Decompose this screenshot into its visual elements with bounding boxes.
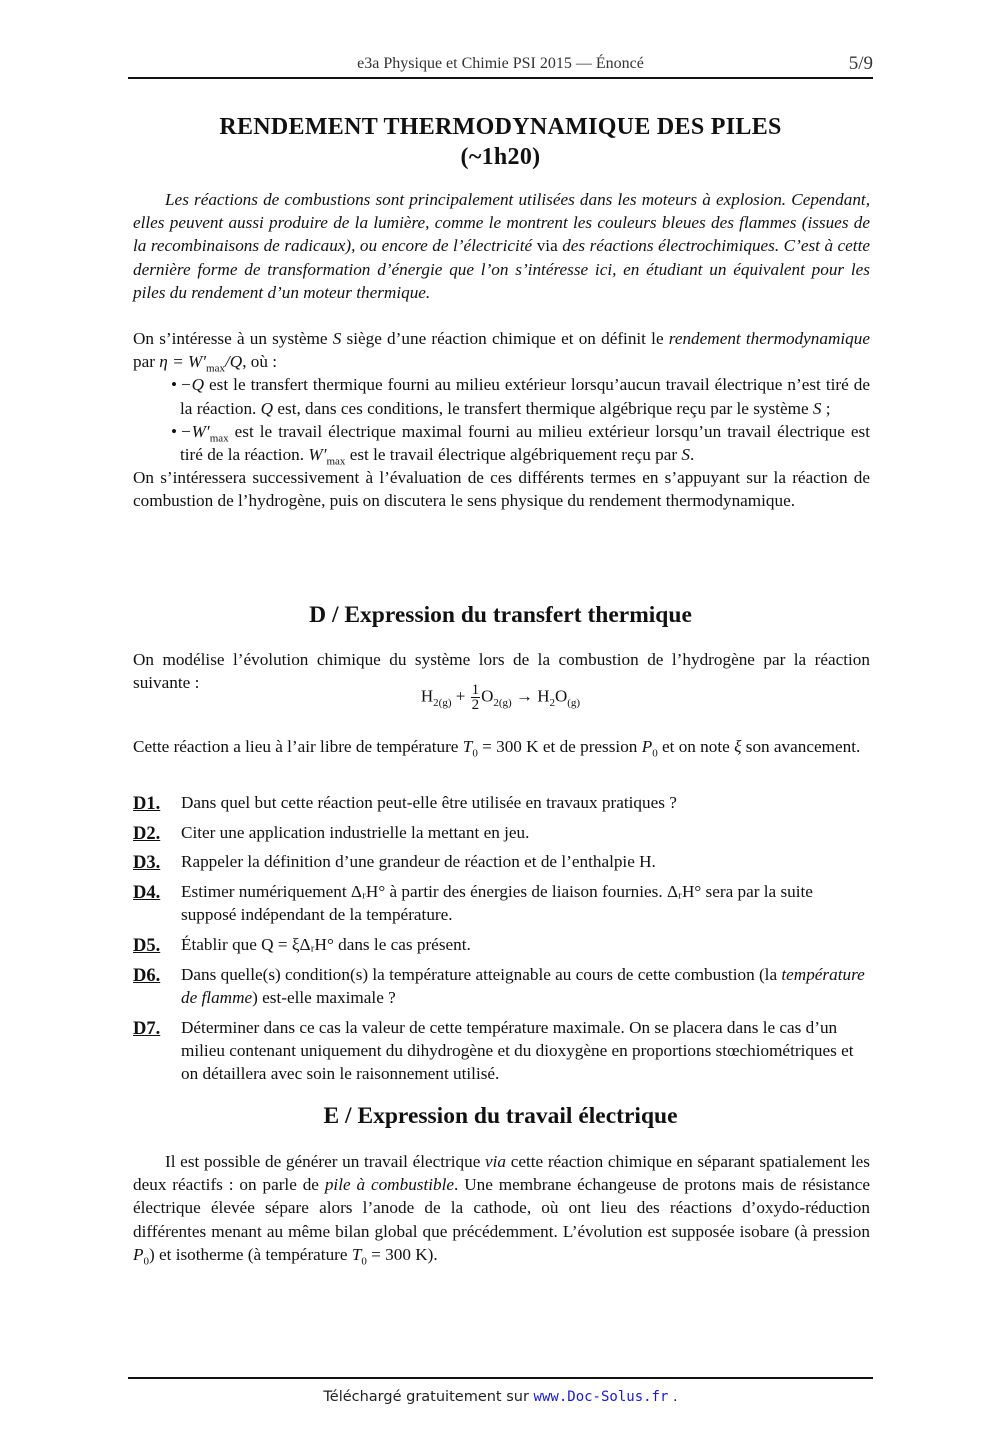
eq-sub: 2(g)	[433, 697, 451, 709]
bullet-icon: •	[171, 373, 177, 396]
question-id: D7.	[133, 1018, 160, 1041]
question-id: D5.	[133, 935, 160, 958]
math-P: P	[642, 737, 653, 756]
question-D3: D3.Rappeler la définition d’une grandeur…	[133, 850, 870, 873]
definition-block: On s’intéresse à un système S siège d’un…	[133, 327, 870, 513]
eq-h2: H	[421, 686, 433, 705]
document-page: e3a Physique et Chimie PSI 2015 — Énoncé…	[0, 0, 981, 1441]
question-id: D1.	[133, 793, 160, 816]
eq-sub: (g)	[567, 697, 580, 709]
question-D2: D2.Citer une application industrielle la…	[133, 821, 870, 844]
question-text: Dans quel but cette réaction peut-elle ê…	[181, 793, 677, 812]
question-id: D2.	[133, 823, 160, 846]
question-D5: D5.Établir que Q = ξΔᵣH° dans le cas pré…	[133, 933, 870, 956]
eq-fraction: 12	[471, 683, 481, 712]
question-text: Établir que Q = ξΔᵣH° dans le cas présen…	[181, 935, 471, 954]
bullet-icon: •	[171, 420, 177, 443]
term-rendement: rendement thermodynamique	[669, 329, 870, 348]
term-fuel-cell: pile à combustible	[325, 1175, 454, 1194]
running-title: e3a Physique et Chimie PSI 2015 — Énoncé	[128, 55, 873, 73]
question-D6: D6.Dans quelle(s) condition(s) la tempér…	[133, 963, 870, 1009]
over-q: /Q	[225, 352, 242, 371]
question-text: Citer une application industrielle la me…	[181, 823, 529, 842]
text: On s’intéresse à un système	[133, 329, 333, 348]
math-S: S	[681, 445, 690, 464]
running-header: e3a Physique et Chimie PSI 2015 — Énoncé…	[128, 52, 873, 76]
doc-solus-link[interactable]: www.Doc-Solus.fr	[534, 1389, 669, 1405]
question-text: Dans quelle(s) condition(s) la températu…	[181, 965, 781, 984]
math-minus-W: −W′	[180, 422, 210, 441]
bullet-item-W: •−W′max est le travail électrique maxima…	[133, 420, 870, 466]
sub-max: max	[326, 455, 345, 467]
text: .	[690, 445, 694, 464]
text: et on note	[658, 737, 734, 756]
frac-den: 2	[471, 698, 481, 712]
arrow-icon: →	[512, 686, 538, 705]
section-d-title: D / Expression du transfert thermique	[128, 602, 873, 629]
eq-o: O	[555, 686, 567, 705]
section-e-title: E / Expression du travail électrique	[128, 1103, 873, 1130]
sub-max: max	[210, 432, 229, 444]
question-D7: D7.Déterminer dans ce cas la valeur de c…	[133, 1016, 870, 1086]
text: , où :	[242, 352, 277, 371]
question-id: D3.	[133, 852, 160, 875]
eq-plus: +	[452, 686, 470, 705]
section-e-paragraph: Il est possible de générer un travail él…	[133, 1150, 870, 1266]
footer-rule	[128, 1377, 873, 1379]
intro-via: via	[537, 236, 558, 255]
text: ) et isotherme (à température	[149, 1245, 352, 1264]
text: Cette réaction a lieu à l’air libre de t…	[133, 737, 463, 756]
definition-bullets: •−Q est le transfert thermique fourni au…	[133, 373, 870, 466]
header-rule	[128, 77, 873, 79]
math-T: T	[352, 1245, 362, 1264]
text: = 300 K).	[367, 1245, 438, 1264]
math-T: T	[463, 737, 473, 756]
conclusion-paragraph: On s’intéressera successivement à l’éval…	[133, 466, 870, 512]
footer-end: .	[668, 1389, 677, 1405]
question-id: D6.	[133, 965, 160, 988]
question-id: D4.	[133, 882, 160, 905]
eta-formula: η = W′max/Q	[159, 352, 242, 371]
question-text: Rappeler la définition d’une grandeur de…	[181, 852, 656, 871]
question-D4: D4.Estimer numériquement ΔᵣH° à partir d…	[133, 880, 870, 926]
term-via: via	[485, 1152, 506, 1171]
frac-num: 1	[471, 683, 481, 698]
eta: η = W′	[159, 352, 206, 371]
section-d-conditions: Cette réaction a lieu à l’air libre de t…	[133, 735, 870, 758]
text: Il est possible de générer un travail él…	[165, 1152, 485, 1171]
question-list: D1.Dans quel but cette réaction peut-ell…	[133, 791, 870, 1092]
text: = 300 K et de pression	[478, 737, 642, 756]
page-footer: Téléchargé gratuitement sur www.Doc-Solu…	[128, 1389, 873, 1405]
math-Q: Q	[261, 399, 273, 418]
question-text: ) est-elle maximale ?	[252, 988, 396, 1007]
question-text: Estimer numériquement ΔᵣH° à partir des …	[181, 882, 813, 924]
eq-sub: 2(g)	[493, 697, 511, 709]
page-number: 5/9	[849, 53, 873, 75]
question-text: Déterminer dans ce cas la valeur de cett…	[181, 1018, 854, 1083]
main-title-duration: (~1h20)	[128, 142, 873, 172]
intro-paragraph: Les réactions de combustions sont princi…	[133, 188, 870, 304]
text: siège d’une réaction chimique et on défi…	[341, 329, 668, 348]
text: son avancement.	[741, 737, 860, 756]
eq-o2: O	[481, 686, 493, 705]
text: est, dans ces conditions, le transfert t…	[273, 399, 813, 418]
eq-h: H	[537, 686, 549, 705]
question-D1: D1.Dans quel but cette réaction peut-ell…	[133, 791, 870, 814]
math-minus-Q: −Q	[180, 375, 204, 394]
reaction-equation: H2(g) + 12O2(g) → H2O(g)	[128, 683, 873, 712]
text: par	[133, 352, 159, 371]
definition-paragraph: On s’intéresse à un système S siège d’un…	[133, 327, 870, 373]
bullet-item-Q: •−Q est le transfert thermique fourni au…	[133, 373, 870, 419]
main-title: RENDEMENT THERMODYNAMIQUE DES PILES (~1h…	[128, 112, 873, 172]
math-P: P	[133, 1245, 144, 1264]
text: ;	[821, 399, 830, 418]
text: est le travail électrique algébriquement…	[345, 445, 681, 464]
math-W: W′	[308, 445, 326, 464]
footer-text: Téléchargé gratuitement sur	[323, 1389, 533, 1405]
main-title-line1: RENDEMENT THERMODYNAMIQUE DES PILES	[128, 112, 873, 142]
